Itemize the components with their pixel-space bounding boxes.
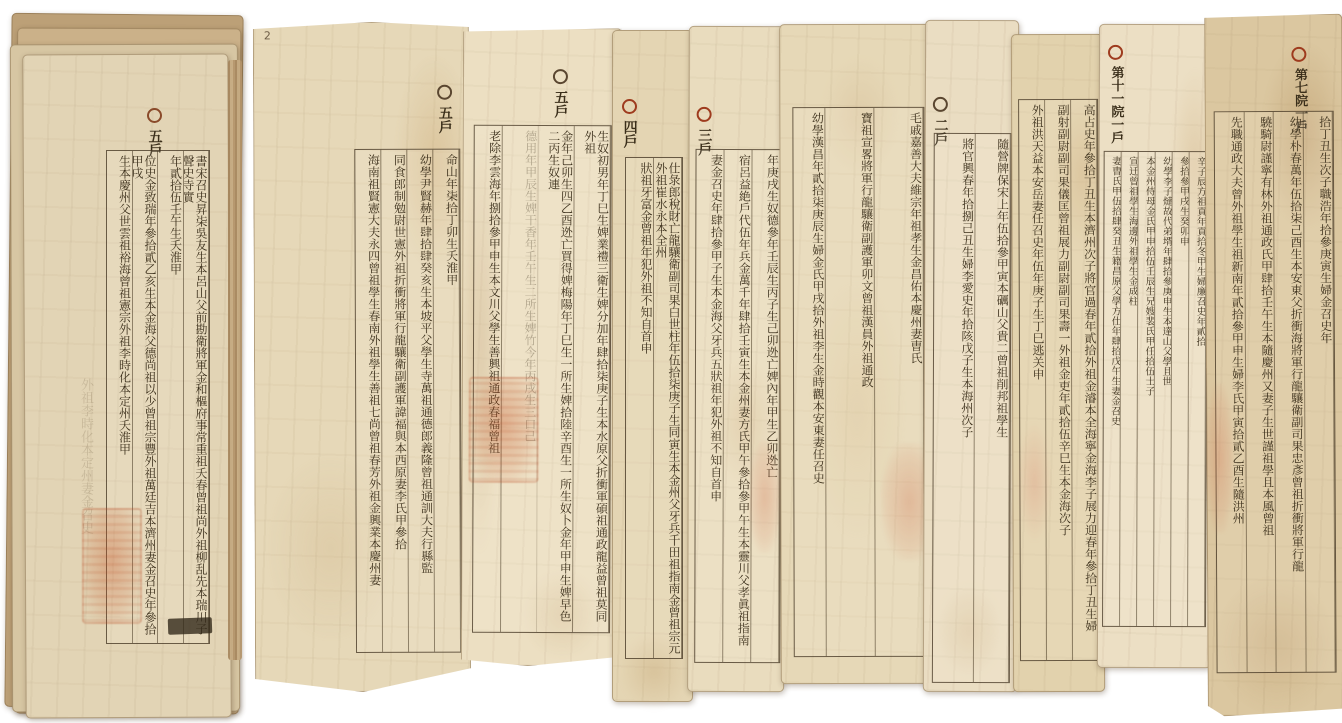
- text-column: 辛子辰方祖貢年貢拾冬甲生婦廉召史年貳拾: [1188, 152, 1207, 626]
- text-column: 毛戚嘉善大夫維宗年祖孝生金昌佑本慶州妻曺氏: [896, 108, 924, 656]
- paper-strip: 三戶年庚戌生奴德參年壬辰生丙子生己卯迯亡婢內年甲生乙卯迯亡宿呂益絶戶代伍年兵金萬…: [687, 26, 786, 692]
- register-text-block: 書宋召史昇㭍吳友生本呂山父前勘衛將軍金和樞府事常重祖夭春曾祖尚外祖柳乱先本瑞川子…: [106, 150, 210, 644]
- text-column: 幼學尹賢赫年肆拾肆癸亥生本坡平父學生寺萬祖通德郎義隆曾祖通訓大夫行縣監: [407, 150, 435, 652]
- photo-canvas: 外祖李時化本定州妻金召史五戶書宋召史昇㭍吳友生本呂山父前勘衛將軍金和樞府事常重祖…: [0, 0, 1342, 723]
- header-label: 五戶: [552, 90, 568, 118]
- header-label: 五戶: [437, 106, 453, 134]
- register-text-block: 生奴初男年丁巳生婢業禮三衛生婢分加年肆拾柒庚子生本水原父折衝軍碩祖通政龍益曾祖莫…: [472, 125, 612, 633]
- register-text-block: 仕彔郎稅財亡龍驤衛副司果白世柱年伍拾柒庚子生同寅生本金州父牙兵千田祖指南金曾祖宗…: [625, 157, 683, 659]
- bleed-through-text: 外祖李時化本定州妻金召史: [28, 378, 92, 628]
- text-column: 寶祖宣畧將軍行龍驤衛副護軍卯文曾祖漢員外祖通政: [847, 108, 875, 656]
- text-column: 妻金召史年肆拾參甲子生本金海父牙兵五狀祖年犯外祖不知自首申: [695, 150, 724, 662]
- text-column: 生奴初男年丁巳生婢業禮三衛生婢分加年肆拾柒庚子生本水原父折衝軍碩祖通政龍益曾祖莫…: [581, 126, 611, 632]
- paper-strip: 二戶隨營牌保宋上年伍拾參甲寅本礪山父貴二曾祖削邦祖學生將官興春年拾捌己丑生婦李愛…: [923, 20, 1019, 692]
- text-column: 副射副尉副司果儀匡曾祖展力副尉副司果壽一外祖金吏年貳拾伍辛巳生本金海次子: [1045, 100, 1073, 660]
- text-column: 年貳拾伍壬午生夭淮甲: [158, 151, 184, 643]
- paper-strip: 高占史年參拾丁丑生本濟州次子將官過春年貳拾外祖金濬本全海寧金海李子展力迎春年參拾…: [1011, 34, 1105, 692]
- household-header: 五戶: [552, 69, 568, 118]
- register-text-block: 隨營牌保宋上年伍拾參甲寅本礪山父貴二曾祖削邦祖學生將官興春年拾捌己丑生婦李愛史年…: [932, 133, 1012, 683]
- register-text-block: 年庚戌生奴德參年壬辰生丙子生己卯迯亡婢內年甲生乙卯迯亡宿呂益絶戶代伍年兵金萬千年…: [694, 149, 781, 663]
- text-column: 年庚戌生奴德參年壬辰生丙子生己卯迯亡婢內年甲生乙卯迯亡: [751, 150, 780, 662]
- header-label: 四戶: [622, 120, 638, 148]
- left-document-stack: 外祖李時化本定州妻金召史五戶書宋召史昇㭍吳友生本呂山父前勘衛將軍金和樞府事常重祖…: [8, 8, 244, 722]
- text-column: 幼學朴春萬年伍拾㭍己酉生本安東父折衝海將軍行龍驤衛副司果忠彥曾祖折衝將軍行龍: [1274, 112, 1306, 672]
- text-column: 幼學李子燵故代弟壻年肆拾參庚申生本達山父學且世: [1154, 152, 1173, 626]
- register-text-block: 拾丁丑生次子職浩年拾參庚寅生婦金召史年幼學朴春萬年伍拾㭍己酉生本安東父折衝海將軍…: [1214, 111, 1337, 674]
- register-text-block: 命山年㭍拾丁卯生夭淮甲幼學尹賢赫年肆拾肆癸亥生本坡平父學生寺萬祖通德郎義隆曾祖通…: [354, 149, 462, 653]
- text-column: 宿呂益絶戶代伍年兵金萬千年肆拾壬寅生本金州妻方氏甲午參拾參甲午生本靈川父孝眞祖指…: [723, 150, 752, 662]
- text-column: 同食郎制勉尉世憲外祖折衝將軍行龍驤衛副護軍諱福與本西原妻李氏甲參拾: [381, 150, 409, 652]
- header-circle-mark: [933, 97, 948, 112]
- text-column: 生本慶州父世雲祖裕海曾祖憲宗外祖李時化本定州夭淮甲: [107, 151, 133, 643]
- text-column: 外祖洪天益本安岳妻任召史年伍年庚子生丁巳逃关申: [1019, 100, 1047, 660]
- text-column: 驍騎尉謹寧有林外祖通政氏甲肆拾壬午生本隨慶州又妻子生世謹祖學且本風曾祖: [1244, 112, 1276, 672]
- text-column: 幼學漢昌年貳拾柒庚辰生婦金氏甲戌拾外祖李生金時觀本安東妻任召史: [798, 108, 826, 656]
- header-label: 第十一院一戶: [1108, 66, 1123, 144]
- paper-strip: 第七院一戶拾丁丑生次子職浩年拾參庚寅生婦金召史年幼學朴春萬年伍拾㭍己酉生本安東父…: [1204, 14, 1342, 717]
- paper-strip: 五戶2命山年㭍拾丁卯生夭淮甲幼學尹賢赫年肆拾肆癸亥生本坡平父學生寺萬祖通德郎義隆…: [253, 22, 471, 693]
- text-column: 老除李雲海年捌拾參甲申生本文川父學生善興祖通政春福曾祖: [473, 126, 503, 632]
- household-header: 第十一院一戶: [1108, 45, 1123, 144]
- pencil-note: 2: [264, 29, 271, 42]
- text-column: 隨營牌保宋上年伍拾參甲寅本礪山父貴二曾祖削邦祖學生: [974, 134, 1011, 682]
- text-column: 先職通政大夫曾外祖學生祖新南年貳拾參甲申生婦李氏甲寅拾貳乙酉生隨洪州: [1215, 112, 1247, 672]
- header-circle-mark: [1291, 47, 1306, 62]
- header-circle-mark: [1108, 45, 1123, 60]
- text-column: 位史金致瑞年參拾貳乙亥生本金海父德尚祖以少曾祖宗豐外祖萬廷吉本濟州妻金召史年參拾…: [133, 151, 159, 643]
- register-text-block: 毛戚嘉善大夫維宗年祖孝生金昌佑本慶州妻曺氏寶祖宣畧將軍行龍驤衛副護軍卯文曾祖漢員…: [792, 107, 925, 657]
- text-column: 仕彔郎稅財亡龍驤衛副司果白世柱年伍拾柒庚子生同寅生本金州父牙兵千田祖指南金曾祖宗…: [654, 158, 682, 658]
- text-column: 將官興春年拾捌己丑生婦李愛史年拾陔戊子生本海州次子: [939, 134, 976, 682]
- text-column: 海南祖賢憲大夫永四曾祖學生春南外祖學生善祖七尚曾祖春芳外祖金興業本慶州妻: [355, 150, 383, 652]
- household-header: 五戶: [436, 85, 452, 134]
- header-circle-mark: [553, 69, 568, 84]
- text-column: 本金州侍母金氏甲申拾伍壬辰生兄嫂裴氏甲任拾伍士子: [1137, 152, 1156, 626]
- paper-strip: 毛戚嘉善大夫維宗年祖孝生金昌佑本慶州妻曺氏寶祖宣畧將軍行龍驤衛副護軍卯文曾祖漢員…: [779, 24, 933, 684]
- stack-page-edges: [228, 60, 242, 660]
- text-column: 參拾參甲戌生癸卯申: [1171, 152, 1190, 626]
- register-text-block: 辛子辰方祖貢年貢拾冬甲生婦廉召史年貳拾參拾參甲戌生癸卯申幼學李子燵故代弟壻年肆拾…: [1102, 151, 1208, 627]
- text-column: 狀祖牙富金曾祖年犯外祖不知自首申: [626, 158, 654, 658]
- header-circle-mark: [437, 85, 452, 100]
- text-column: 高占史年參拾丁丑生本濟州次子將官過春年貳拾外祖金濬本全海寧金海李子展力迎春年參拾…: [1071, 100, 1099, 660]
- text-column: 宣迁曾祖學生海邊外祖學生金成柱: [1120, 152, 1139, 626]
- text-column: 命山年㭍拾丁卯生夭淮甲: [433, 150, 461, 652]
- paper-strip: 四戶仕彔郎稅財亡龍驤衛副司果白世柱年伍拾柒庚子生同寅生本金州父牙兵千田祖指南金曾…: [612, 30, 693, 702]
- header-circle-mark: [147, 108, 162, 123]
- paper-strip: 第十一院一戶辛子辰方祖貢年貢拾冬甲生婦廉召史年貳拾參拾參甲戌生癸卯申幼學李子燵故…: [1097, 24, 1213, 668]
- paper-strip: 五戶生奴初男年丁巳生婢業禮三衛生婢分加年肆拾柒庚子生本水原父折衝軍碩祖通政龍益曾…: [461, 28, 622, 667]
- text-column: 金年己卯生四乙酉迯亡買得婢梅陽年丁巳生一所生婢拾陸辛酉生一所生奴卜金年甲申生婢早…: [545, 126, 575, 632]
- ink-smudge: [168, 617, 213, 635]
- household-header: 四戶: [621, 99, 637, 148]
- text-column: 妻曺氏甲伍拾肆癸丑生籍昌原父學方仕年肆拾戊午生妻金召史: [1103, 152, 1122, 626]
- text-column: 書宋召史昇㭍吳友生本呂山父前勘衛將軍金和樞府事常重祖夭春曾祖尚外祖柳乱先本瑞川子…: [184, 151, 210, 643]
- text-column: 德用年甲辰生婢干香年壬午生二所生婢竹今年丙戌生三口己: [509, 126, 539, 632]
- header-circle-mark: [697, 107, 712, 122]
- header-circle-mark: [622, 99, 637, 114]
- register-text-block: 高占史年參拾丁丑生本濟州次子將官過春年貳拾外祖金濬本全海寧金海李子展力迎春年參拾…: [1018, 99, 1100, 661]
- text-column: 拾丁丑生次子職浩年拾參庚寅生婦金召史年: [1303, 112, 1335, 672]
